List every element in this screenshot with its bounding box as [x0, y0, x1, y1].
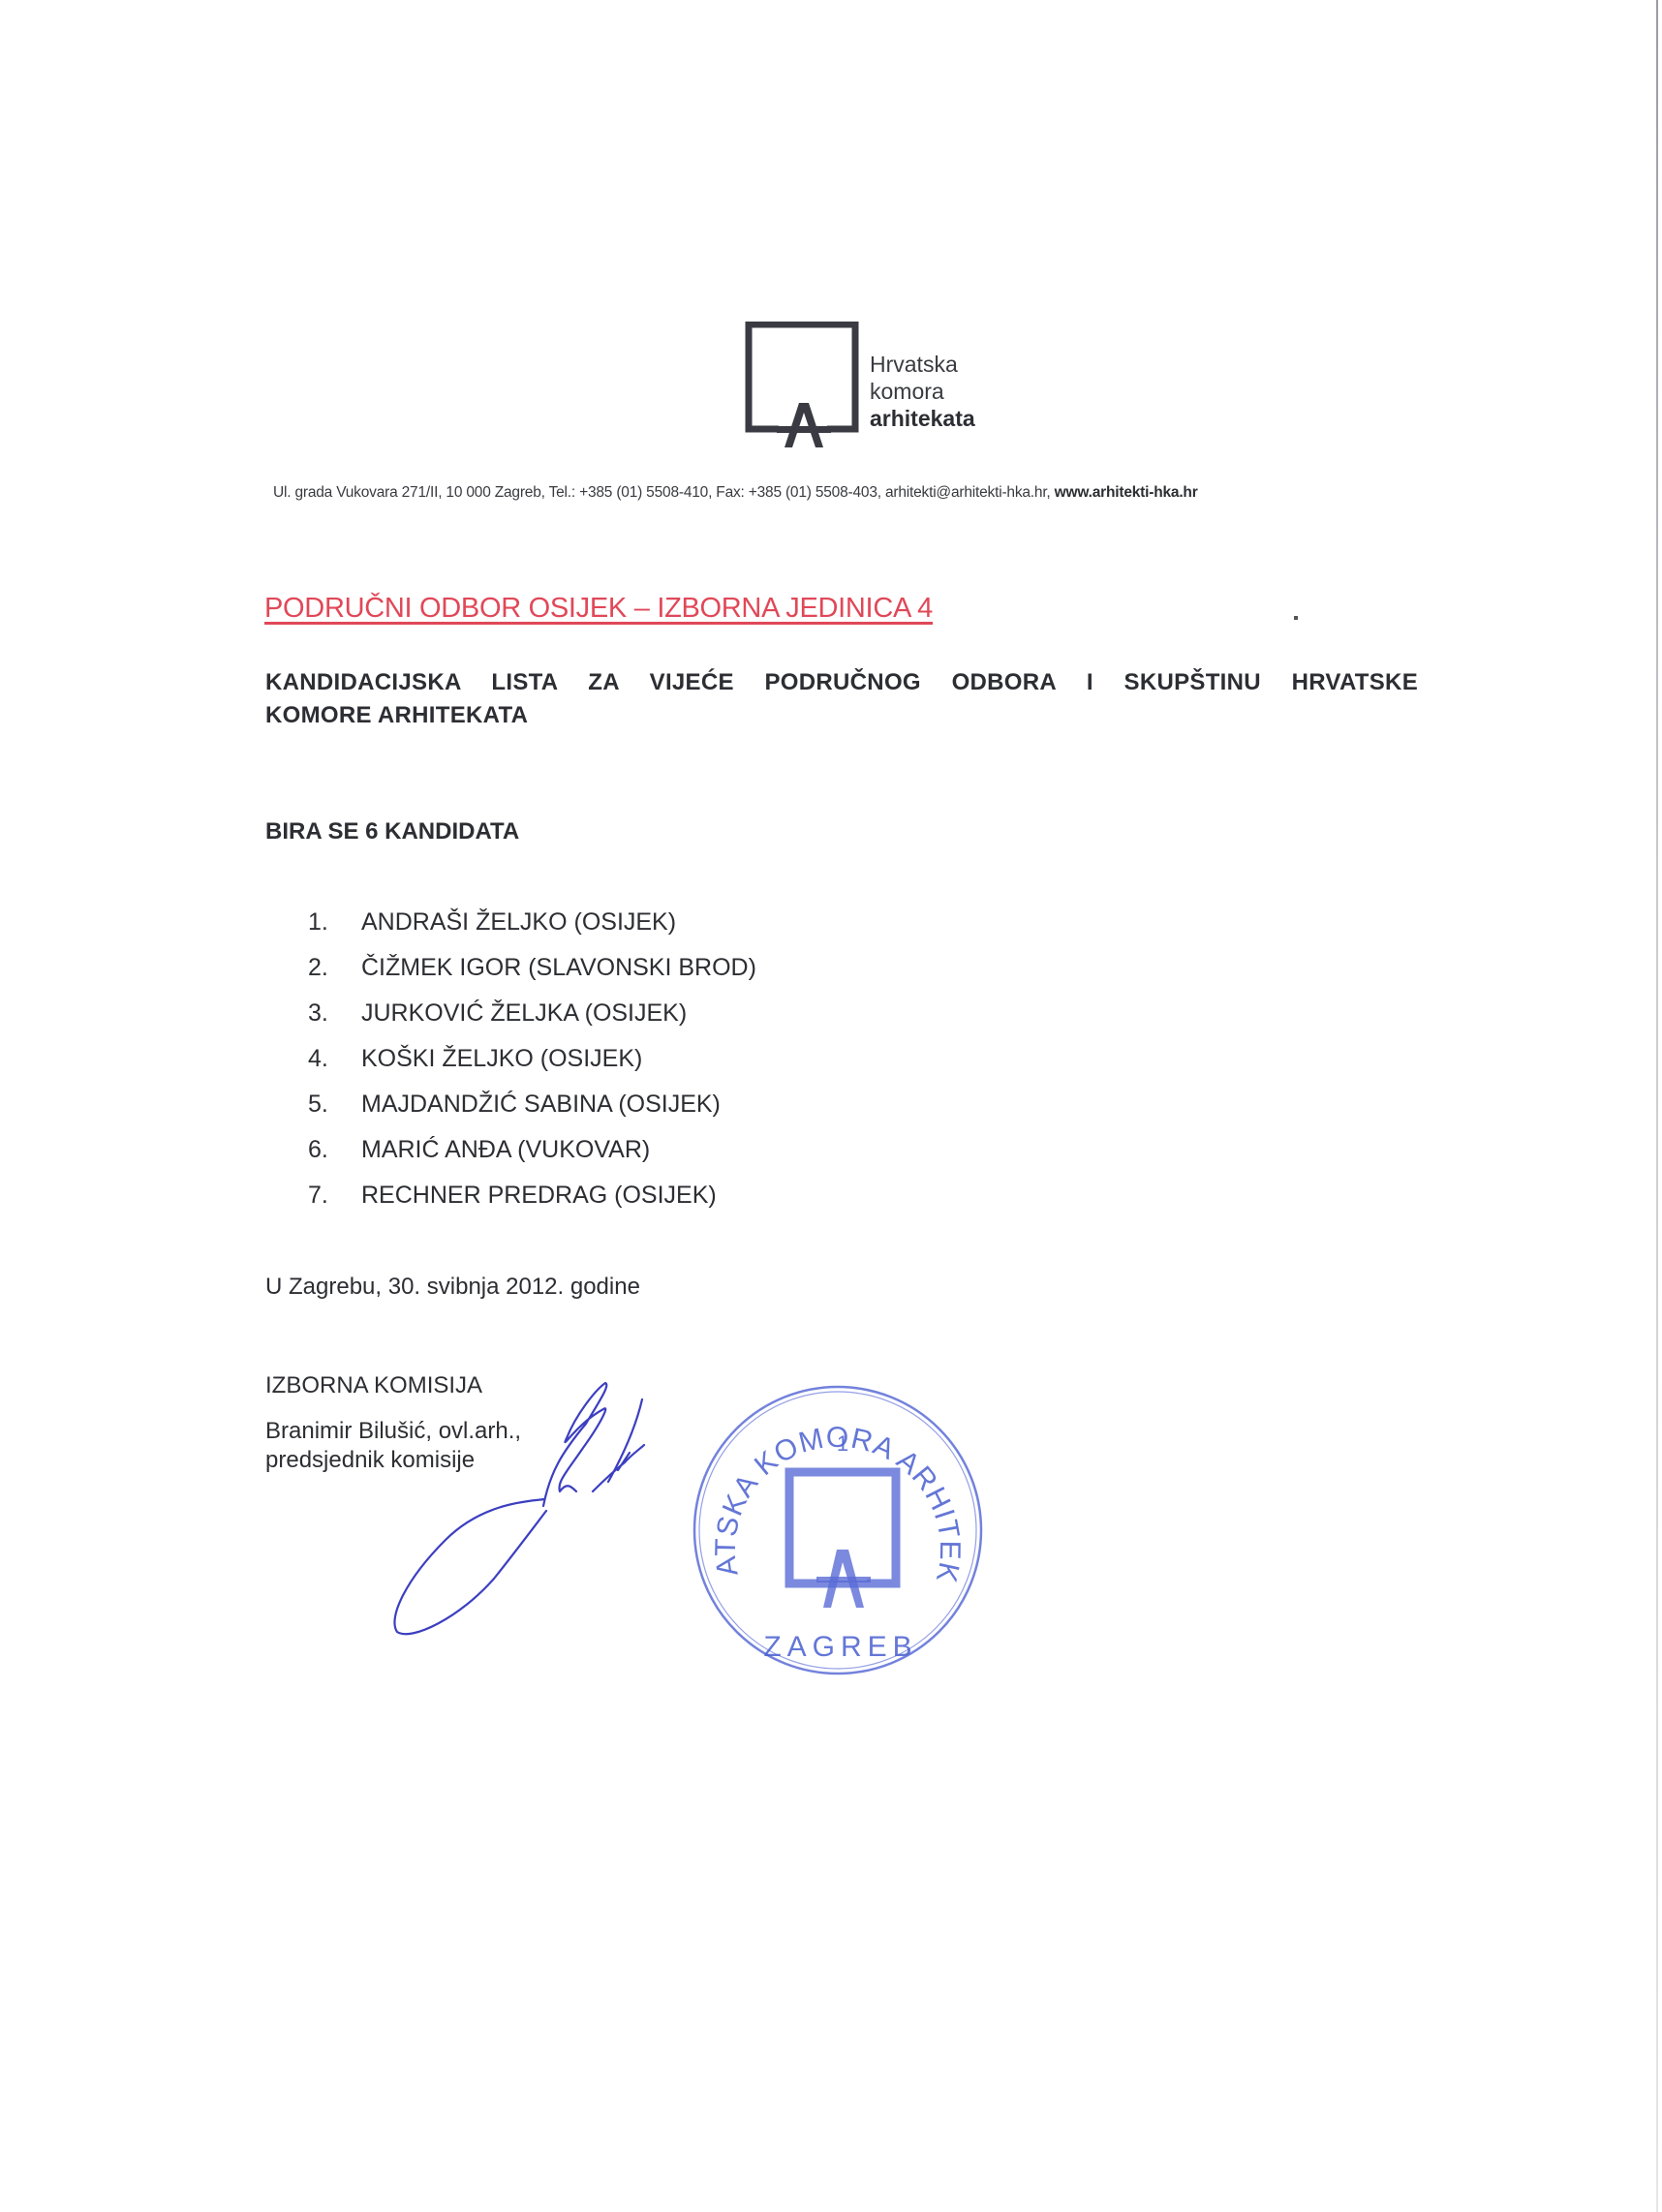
chamber-logo: Hrvatska komora arhitekata [744, 322, 996, 447]
logo-line-1: Hrvatska [870, 351, 975, 378]
official-stamp-icon: HRVATSKA KOMORA ARHITEKATA 1 ZAGREB [678, 1375, 998, 1695]
architects-chamber-logo-icon [744, 322, 860, 447]
scan-page-edge [1656, 0, 1658, 2212]
logo-wordmark: Hrvatska komora arhitekata [870, 351, 975, 432]
website-link[interactable]: www.arhitekti-hka.hr [1055, 484, 1198, 501]
candidate-name: KOŠKI ŽELJKO (OSIJEK) [361, 1045, 642, 1091]
scan-speck [1294, 616, 1298, 620]
candidate-item: 4.KOŠKI ŽELJKO (OSIJEK) [308, 1045, 756, 1091]
handwritten-signature-icon [368, 1356, 659, 1646]
candidate-number: 7. [308, 1182, 361, 1227]
stamp-city: ZAGREB [763, 1631, 917, 1663]
place-and-date: U Zagrebu, 30. svibnja 2012. godine [265, 1274, 640, 1301]
document-subtitle: KANDIDACIJSKA LISTA ZA VIJEĆE PODRUČNOG … [265, 666, 1418, 732]
candidate-name: JURKOVIĆ ŽELJKA (OSIJEK) [361, 999, 687, 1045]
candidate-list: 1.ANDRAŠI ŽELJKO (OSIJEK) 2.ČIŽMEK IGOR … [308, 908, 756, 1227]
selection-note: BIRA SE 6 KANDIDATA [265, 818, 519, 845]
candidate-item: 5.MAJDANDŽIĆ SABINA (OSIJEK) [308, 1091, 756, 1136]
candidate-number: 5. [308, 1091, 361, 1136]
candidate-number: 4. [308, 1045, 361, 1091]
candidate-item: 6.MARIĆ ANĐA (VUKOVAR) [308, 1136, 756, 1182]
candidate-item: 1.ANDRAŠI ŽELJKO (OSIJEK) [308, 908, 756, 954]
candidate-name: RECHNER PREDRAG (OSIJEK) [361, 1182, 717, 1227]
subtitle-line-2: KOMORE ARHITEKATA [265, 702, 528, 728]
subtitle-line-1: KANDIDACIJSKA LISTA ZA VIJEĆE PODRUČNOG … [265, 666, 1418, 699]
candidate-name: ČIŽMEK IGOR (SLAVONSKI BROD) [361, 954, 756, 999]
contact-address: Ul. grada Vukovara 271/II, 10 000 Zagreb… [273, 484, 1051, 501]
candidate-name: ANDRAŠI ŽELJKO (OSIJEK) [361, 908, 676, 954]
candidate-name: MARIĆ ANĐA (VUKOVAR) [361, 1136, 650, 1182]
candidate-number: 2. [308, 954, 361, 999]
candidate-number: 1. [308, 908, 361, 954]
contact-address-line: Ul. grada Vukovara 271/II, 10 000 Zagreb… [273, 484, 1198, 502]
candidate-item: 3.JURKOVIĆ ŽELJKA (OSIJEK) [308, 999, 756, 1045]
stamp-number: 1 [837, 1431, 848, 1456]
svg-text:HRVATSKA KOMORA ARHITEKATA: HRVATSKA KOMORA ARHITEKATA [678, 1375, 966, 1586]
candidate-item: 7.RECHNER PREDRAG (OSIJEK) [308, 1182, 756, 1227]
candidate-item: 2.ČIŽMEK IGOR (SLAVONSKI BROD) [308, 954, 756, 999]
logo-line-3: arhitekata [870, 405, 975, 432]
candidate-number: 6. [308, 1136, 361, 1182]
candidate-number: 3. [308, 999, 361, 1045]
logo-line-2: komora [870, 378, 975, 405]
stamp-ring-text: HRVATSKA KOMORA ARHITEKATA [678, 1375, 966, 1586]
document-title: PODRUČNI ODBOR OSIJEK – IZBORNA JEDINICA… [264, 593, 933, 625]
candidate-name: MAJDANDŽIĆ SABINA (OSIJEK) [361, 1091, 721, 1136]
